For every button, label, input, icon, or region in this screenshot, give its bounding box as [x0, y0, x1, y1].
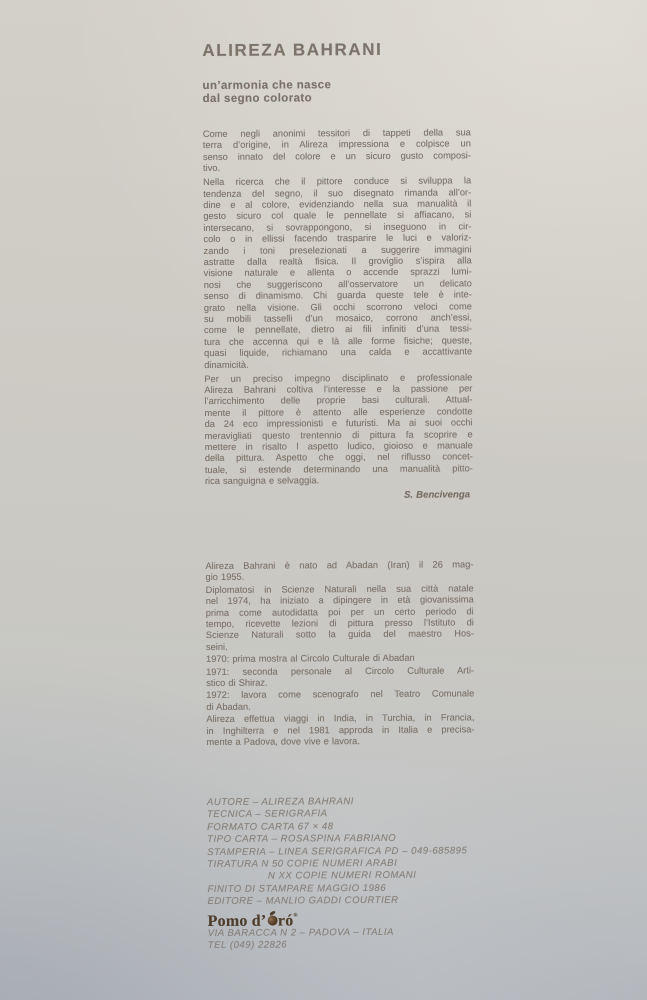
text-line: dinamicità.	[204, 358, 472, 371]
text-line: in Inghilterra e nel 1981 approda in Ita…	[206, 724, 474, 737]
artist-name-title: ALIREZA BAHRANI	[202, 40, 382, 61]
text-line: Alireza Bahrani è nato ad Abadan (Iran) …	[205, 559, 473, 572]
bio-paragraph: Diplomatosi in Scienze Naturali nella su…	[206, 583, 474, 653]
text-line: mente a Padova, dove vive e lavora.	[207, 735, 475, 748]
bio-paragraph: Alireza Bahrani è nato ad Abadan (Iran) …	[205, 559, 473, 583]
text-line: 1971: seconda personale al Circolo Cultu…	[206, 665, 474, 678]
text-line: rica sanguigna e selvaggia.	[205, 475, 473, 488]
essay-paragraph: Per un preciso impegno disciplinato e pr…	[204, 372, 473, 488]
publisher-logo: Pomo d’ró®	[208, 908, 538, 927]
bio-paragraph: 1970: prima mostra al Circolo Culturale …	[206, 653, 474, 666]
text-line: quasi liquide, richiamano una calda e ac…	[204, 347, 472, 360]
essay-paragraph: Nella ricerca che il pittore conduce si …	[203, 175, 472, 371]
text-line: gio 1955.	[205, 571, 473, 584]
signature: S. Bencivenga	[205, 489, 473, 502]
colophon-lines: AUTORE – ALIREZA BAHRANITECNICA – SERIGR…	[207, 795, 538, 909]
text-line: 1972: lavora come scenografo nel Teatro …	[206, 689, 474, 702]
text-line: Nella ricerca che il pittore conduce si …	[203, 175, 471, 188]
bio-paragraph: Alireza effettua viaggi in India, in Tur…	[206, 713, 474, 749]
text-line: senso innato del colore e un sicuro gust…	[203, 150, 471, 163]
text-line: tivo.	[203, 162, 471, 175]
text-line: TEL (049) 22826	[208, 938, 538, 952]
text-line: tuale, si estende determinando una manua…	[205, 463, 473, 476]
text-line: 1970: prima mostra al Circolo Culturale …	[206, 653, 474, 666]
essay-paragraph: Come negli anonimi tessitori di tappeti …	[203, 127, 471, 174]
scanned-page: ALIREZA BAHRANI un’armonia che nascedal …	[0, 0, 647, 1000]
bio-paragraph: 1972: lavora come scenografo nel Teatro …	[206, 689, 474, 713]
text-line: di Abadan.	[206, 700, 474, 713]
biography: Alireza Bahrani è nato ad Abadan (Iran) …	[205, 559, 474, 749]
bio-paragraph: 1971: seconda personale al Circolo Cultu…	[206, 665, 474, 689]
text-line: seini.	[206, 640, 474, 653]
text-line: stico di Shiraz.	[206, 676, 474, 689]
registered-mark: ®	[293, 912, 297, 918]
text-line: un’armonia che nasce	[202, 79, 331, 92]
pomodoro-apple-icon	[267, 916, 277, 926]
essay: Come negli anonimi tessitori di tappeti …	[203, 127, 473, 502]
colophon: AUTORE – ALIREZA BAHRANITECNICA – SERIGR…	[207, 795, 538, 952]
text-line: dal segno colorato	[203, 92, 332, 105]
text-line: Scienze Naturali sotto la guida del maes…	[206, 629, 474, 642]
text-line: EDITORE – MANLIO GADDI COURTIER	[207, 894, 537, 908]
subtitle: un’armonia che nascedal segno colorato	[202, 79, 331, 105]
publisher-address: VIA BARACCA N 2 – PADOVA – ITALIATEL (04…	[208, 926, 538, 953]
